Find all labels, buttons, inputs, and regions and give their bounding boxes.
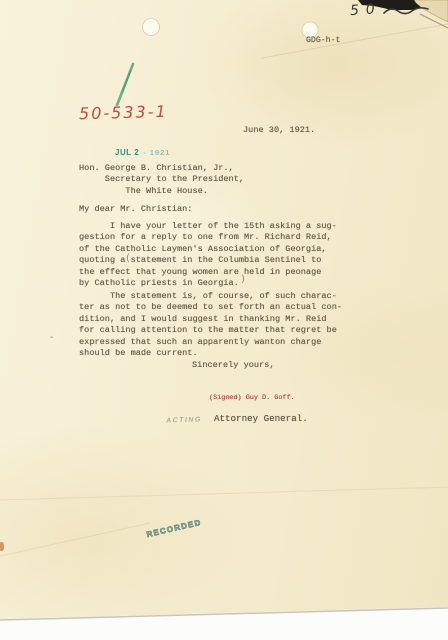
letter-paper	[0, 0, 448, 640]
rust-mark	[0, 542, 4, 551]
